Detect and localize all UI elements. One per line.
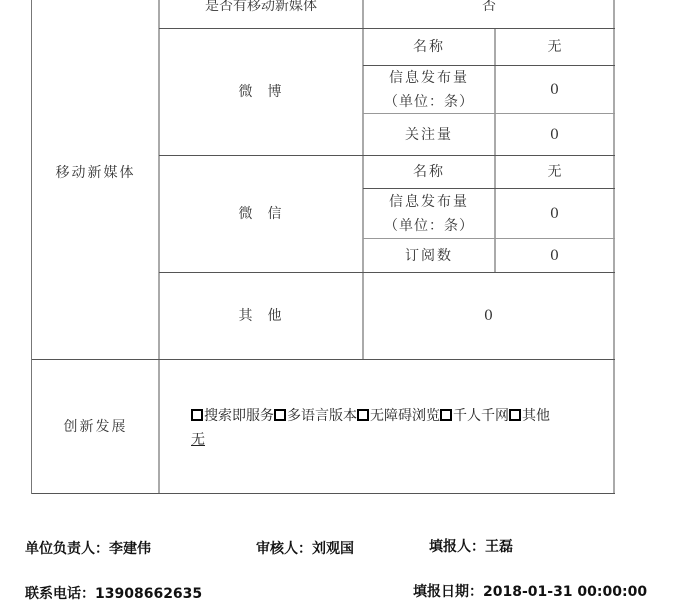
weixin-subscribers-field: 订阅数 (364, 239, 494, 272)
weibo-name-value: 无 (496, 29, 613, 65)
table-border-bottom (32, 493, 615, 494)
weibo-followers-field: 关注量 (364, 114, 494, 155)
table-border-left (31, 0, 32, 494)
innovation-label: 创新发展 (33, 360, 158, 493)
has-mobile-media-value: 否 (364, 0, 614, 20)
other-media-label-text: 其 他 (239, 304, 284, 328)
weixin-posts-value: 0 (496, 189, 613, 238)
weixin-posts-field: 信息发布量 （单位：条） (364, 189, 494, 238)
option-multilingual[interactable]: 多语言版本 (274, 408, 357, 424)
innovation-other-value: 无 (191, 432, 205, 448)
option-accessibility[interactable]: 无障碍浏览 (357, 408, 440, 424)
other-media-value: 0 (364, 273, 613, 359)
weixin-posts-field-line2: （单位：条） (384, 214, 474, 238)
option-label: 多语言版本 (287, 408, 357, 424)
weibo-followers-value: 0 (496, 114, 613, 155)
weibo-label-text: 微 博 (239, 80, 284, 104)
report-page: 是否有移动新媒体 否 移动新媒体 微 博 名称 无 信息发布量 （单位：条） 0… (0, 0, 684, 604)
option-search-as-service[interactable]: 搜索即服务 (191, 408, 274, 424)
reviewer-label: 审核人： (256, 541, 312, 557)
filler-value: 王磊 (485, 539, 513, 555)
weixin-label-text: 微 信 (239, 202, 284, 226)
contact-phone: 联系电话：13908662635 (25, 583, 202, 603)
weibo-posts-field-line1: 信息发布量 (389, 66, 469, 90)
weibo-name-field: 名称 (364, 29, 494, 65)
checkbox-icon[interactable] (191, 409, 203, 421)
option-personalized[interactable]: 千人千网 (440, 408, 509, 424)
filler: 填报人：王磊 (429, 536, 513, 556)
date-value: 2018-01-31 00:00:00 (483, 584, 647, 600)
unit-head-label: 单位负责人： (25, 541, 109, 557)
weixin-name-value: 无 (496, 156, 613, 188)
filler-label: 填报人： (429, 539, 485, 555)
weixin-posts-field-line1: 信息发布量 (389, 190, 469, 214)
innovation-options: 搜索即服务多语言版本无障碍浏览千人千网其他 无 (191, 404, 611, 452)
other-media-label: 其 他 (160, 273, 362, 359)
fill-date: 填报日期：2018-01-31 00:00:00 (413, 581, 647, 601)
checkbox-icon[interactable] (357, 409, 369, 421)
weibo-posts-field: 信息发布量 （单位：条） (364, 66, 494, 113)
weibo-label: 微 博 (160, 29, 362, 155)
phone-value: 13908662635 (95, 586, 202, 602)
option-label: 其他 (522, 408, 550, 424)
weibo-posts-value: 0 (496, 66, 613, 113)
checkbox-icon[interactable] (440, 409, 452, 421)
weibo-posts-field-line2: （单位：条） (384, 90, 474, 114)
reviewer: 审核人：刘观国 (256, 538, 354, 558)
weixin-name-field: 名称 (364, 156, 494, 188)
has-mobile-media-label: 是否有移动新媒体 (160, 0, 362, 20)
option-label: 千人千网 (453, 408, 509, 424)
weixin-subscribers-value: 0 (496, 239, 613, 272)
option-label: 搜索即服务 (204, 408, 274, 424)
table-border-right (613, 0, 615, 494)
reviewer-value: 刘观国 (312, 541, 354, 557)
unit-head: 单位负责人：李建伟 (25, 538, 151, 558)
checkbox-icon[interactable] (274, 409, 286, 421)
mobile-media-section-label: 移动新媒体 (33, 28, 158, 318)
checkbox-icon[interactable] (509, 409, 521, 421)
option-label: 无障碍浏览 (370, 408, 440, 424)
date-label: 填报日期： (413, 584, 483, 600)
weixin-label: 微 信 (160, 156, 362, 272)
phone-label: 联系电话： (25, 586, 95, 602)
option-other[interactable]: 其他 (509, 408, 550, 424)
unit-head-value: 李建伟 (109, 541, 151, 557)
